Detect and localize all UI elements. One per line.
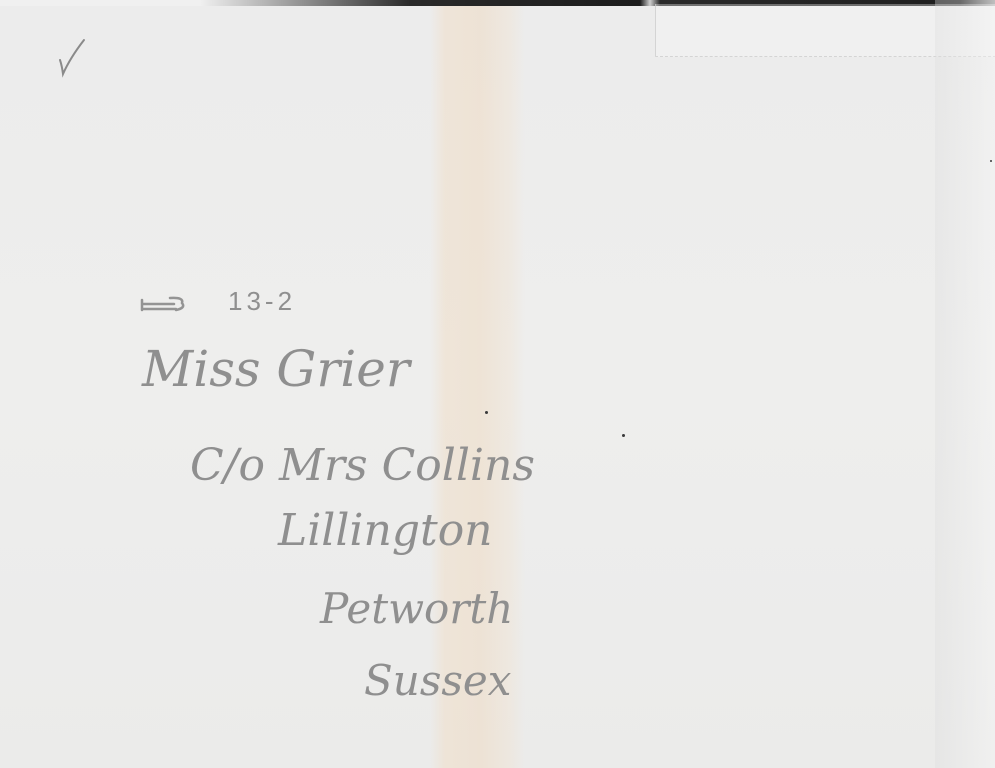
checkmark-icon bbox=[56, 36, 88, 78]
paper-speck bbox=[990, 160, 992, 162]
address-care-of: C/o Mrs Collins bbox=[190, 440, 535, 491]
reference-mark-icon bbox=[140, 294, 196, 314]
paper-speck bbox=[485, 411, 488, 414]
address-recipient: Miss Grier bbox=[142, 340, 410, 398]
reference-number: 13-2 bbox=[228, 286, 296, 317]
address-town: Petworth bbox=[320, 584, 513, 633]
envelope: 13-2 Miss Grier C/o Mrs Collins Lillingt… bbox=[0, 0, 995, 768]
address-county: Sussex bbox=[364, 656, 511, 705]
address-village: Lillington bbox=[278, 505, 493, 556]
paper-speck bbox=[622, 434, 625, 437]
envelope-right-fold bbox=[935, 0, 995, 768]
